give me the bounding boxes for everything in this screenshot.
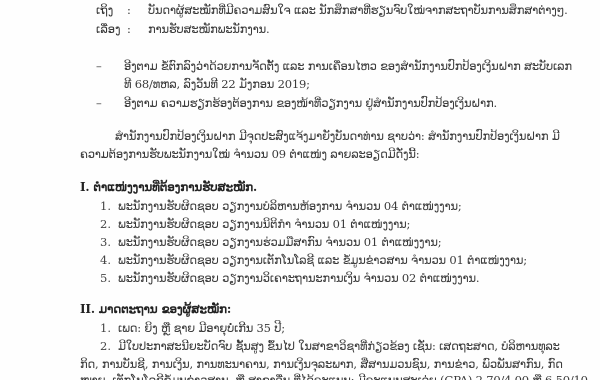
position-item: ພະນັກງານຮັບຜິດຊອບ ວຽກງານເຕັກໂນໂລຊີ ແລະ ຂ… [118,253,527,267]
subject-text: ການຮັບສະໝັກພະນັກງານ. [148,22,269,36]
bullet-dash: – [96,59,102,73]
to-label: ເຖິງ [96,3,113,17]
requirement-item: ເພດ: ຍິງ ຫຼື ຊາຍ ມີອາຍຸບໍ່ເກີນ 35 ປີ; [118,321,285,335]
section-2-title: II. ມາດຕະຖານ ຂອງຜູ້ສະໝັກ: [80,302,231,316]
reference-1-line-2: ທີ 68/ທຫລ, ລົງວັນທີ 22 ມັງກອນ 2019; [124,77,310,91]
subject-label: ເລື່ອງ [96,22,121,36]
bullet-dash: – [96,96,102,110]
list-number: 2. [100,217,111,231]
intro-line-1: ສໍານັກງານປົກປ້ອງເງິນຝາກ ມີຈຸດປະສົງແຈ້ງມາ… [115,129,560,143]
intro-line-2: ຄວາມຕ້ອງການຮັບພະນັກງານໃໝ່ ຈໍານວນ 09 ຕໍາແ… [80,147,419,161]
requirement-item: ມີໃບປະກາສະນີຍະບັດຈົບ ຊັ້ນສູງ ຂຶ້ນໄປ ໃນສາ… [118,339,560,353]
to-text: ບັນດາຜູ້ສະໝັກທີ່ມີຄວາມສົນໃຈ ແລະ ນັກສຶກສາ… [148,3,568,17]
list-number: 1. [100,199,111,213]
requirement-item-continuation: ກິດ, ການບັນຊີ, ການເງິນ, ການທະນາຄານ, ການເ… [80,357,563,371]
list-number: 5. [100,271,111,285]
requirement-item-continuation: ໝາຍ, ເຕັກໂນໂລຊີຂໍ້ມູນຂ່າວສານ, ຫຼື ສາຂາອື… [80,373,588,380]
list-number: 2. [100,339,111,353]
list-number: 3. [100,235,111,249]
to-colon: : [127,3,131,17]
position-item: ພະນັກງານຮັບຜິດຊອບ ວຽກງານວິເຄາະຖານະການເງິ… [118,271,479,285]
subject-colon: : [127,22,131,36]
reference-1-line-1: ອີງຕາມ ຂໍ້ຕົກລົງວ່າດ້ວຍການຈັດຕັ້ງ ແລະ ກາ… [124,59,572,73]
position-item: ພະນັກງານຮັບຜິດຊອບ ວຽກງານບໍລິຫານຫ້ອງການ ຈ… [118,199,462,213]
position-item: ພະນັກງານຮັບຜິດຊອບ ວຽກງານນິຕິກໍາ ຈໍານວນ 0… [118,217,410,231]
reference-2-line-1: ອີງຕາມ ຄວາມຮຽກຮ້ອງຕ້ອງການ ຂອງໜ້າທີ່ວຽກງາ… [124,96,497,110]
document-page: ເຖິງ : ບັນດາຜູ້ສະໝັກທີ່ມີຄວາມສົນໃຈ ແລະ ນ… [0,0,600,380]
section-1-title: I. ຕໍາແໜ່ງງານທີ່ຕ້ອງການຮັບສະໝັກ. [80,180,257,194]
position-item: ພະນັກງານຮັບຜິດຊອບ ວຽກງານຮ່ວມມືສາກົນ ຈໍານ… [118,235,441,249]
list-number: 4. [100,253,111,267]
list-number: 1. [100,321,111,335]
